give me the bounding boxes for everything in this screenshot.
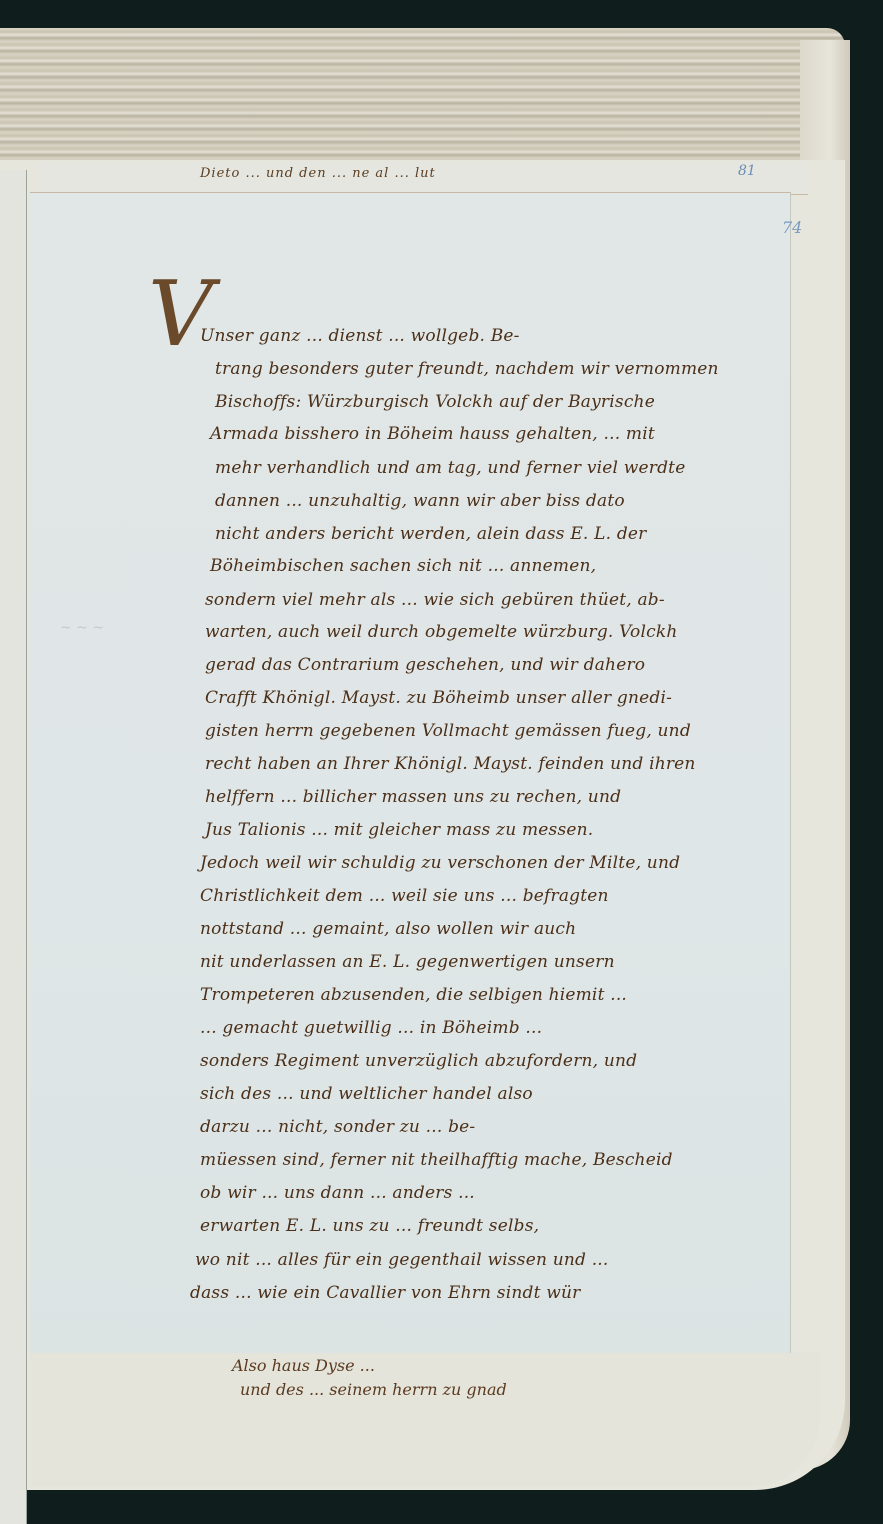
manuscript-line: Jedoch weil wir schuldig zu verschonen d… [200, 853, 790, 873]
manuscript-line: Jus Talionis ... mit gleicher mass zu me… [205, 820, 795, 840]
lower-sheet [30, 1352, 820, 1487]
page-stack-edges [0, 28, 845, 168]
left-facing-sheet [0, 170, 27, 1524]
manuscript-line: ob wir ... uns dann ... anders ... [200, 1183, 790, 1203]
manuscript-line: Trompeteren abzusenden, die selbigen hie… [200, 985, 790, 1005]
manuscript-line: Bischoffs: Würzburgisch Volckh auf der B… [215, 392, 805, 412]
manuscript-line: nit underlassen an E. L. gegenwertigen u… [200, 952, 790, 972]
manuscript-line: nottstand ... gemaint, also wollen wir a… [200, 919, 790, 939]
decorated-initial: V [148, 270, 213, 360]
manuscript-line: ... gemacht guetwillig ... in Böheimb ..… [200, 1018, 790, 1038]
folio-number-old: 81 [738, 163, 756, 179]
manuscript-line: recht haben an Ihrer Khönigl. Mayst. fei… [205, 754, 795, 774]
manuscript-line: gerad das Contrarium geschehen, und wir … [205, 655, 795, 675]
manuscript-line: warten, auch weil durch obgemelte würzbu… [205, 622, 795, 642]
manuscript-line: darzu ... nicht, sonder zu ... be- [200, 1117, 790, 1137]
postscript-line: und des ... seinem herrn zu gnad [240, 1380, 507, 1399]
manuscript-line: Armada bisshero in Böheim hauss gehalten… [210, 424, 800, 444]
manuscript-line: helffern ... billicher massen uns zu rec… [205, 787, 795, 807]
manuscript-line: dannen ... unzuhaltig, wann wir aber bis… [215, 491, 805, 511]
manuscript-line: Crafft Khönigl. Mayst. zu Böheimb unser … [205, 688, 795, 708]
manuscript-line: Christlichkeit dem ... weil sie uns ... … [200, 886, 790, 906]
manuscript-line: wo nit ... alles für ein gegenthail wiss… [195, 1250, 785, 1270]
manuscript-line: trang besonders guter freundt, nachdem w… [215, 359, 805, 379]
postscript-line: Also haus Dyse ... [232, 1356, 375, 1375]
manuscript-line: mehr verhandlich und am tag, und ferner … [215, 458, 805, 478]
manuscript-line: erwarten E. L. uns zu ... freundt selbs, [200, 1216, 790, 1236]
folio-number-new: 74 [782, 218, 802, 237]
manuscript-line: nicht anders bericht werden, alein dass … [215, 524, 805, 544]
manuscript-line: müessen sind, ferner nit theilhafftig ma… [200, 1150, 790, 1170]
manuscript-line: sonders Regiment unverzüglich abzuforder… [200, 1051, 790, 1071]
manuscript-line: sondern viel mehr als ... wie sich gebür… [205, 590, 795, 610]
manuscript-line: Unser ganz ... dienst ... wollgeb. Be- [200, 326, 790, 346]
manuscript-line: dass ... wie ein Cavallier von Ehrn sind… [190, 1283, 780, 1303]
manuscript-line: gisten herrn gegebenen Vollmacht gemässe… [205, 721, 795, 741]
bleed-through-text: ~ ~ ~ [60, 620, 104, 636]
manuscript-line: Böheimbischen sachen sich nit ... anneme… [210, 556, 800, 576]
header-fragment: Dieto ... und den ... ne al ... lut [200, 166, 436, 181]
manuscript-line: sich des ... und weltlicher handel also [200, 1084, 790, 1104]
